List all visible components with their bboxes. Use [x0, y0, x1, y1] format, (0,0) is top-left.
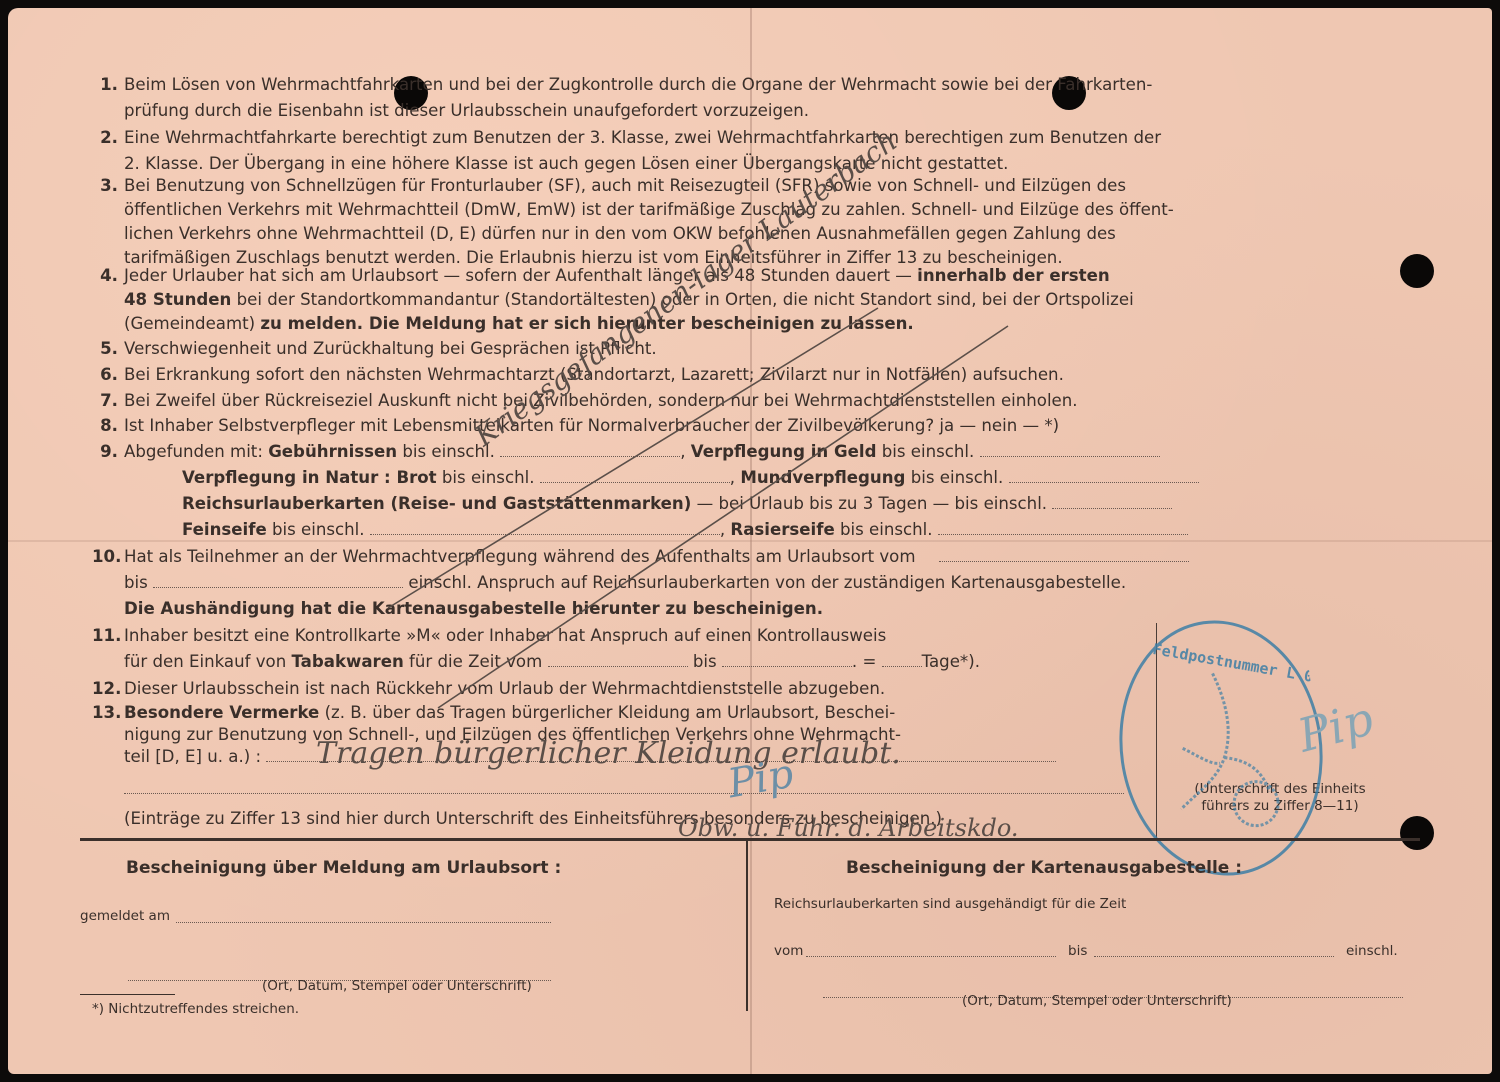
- document-sheet: 1. Beim Lösen von Wehrmachtfahrkarten un…: [8, 8, 1492, 1074]
- section-separator: [80, 838, 1420, 841]
- gemeldet-am-label: gemeldet am: [80, 908, 170, 924]
- caption-right: (Ort, Datum, Stempel oder Unterschrift): [962, 993, 1232, 1009]
- footnote: *) Nichtzutreffendes streichen.: [92, 1001, 299, 1017]
- vom-label: vom: [774, 943, 803, 959]
- footnote-rule: [80, 994, 175, 995]
- field-karten-vom[interactable]: [806, 942, 1056, 957]
- bottom-section-divider: [746, 841, 748, 1011]
- einschl-label: einschl.: [1346, 943, 1398, 959]
- bottom-right-title: Bescheinigung der Kartenausgabestelle :: [846, 858, 1242, 878]
- bis-label: bis: [1068, 943, 1087, 959]
- handwritten-item13-entry: Tragen bürgerlicher Kleidung erlaubt.: [316, 736, 901, 771]
- field-gemeldet-am[interactable]: [176, 908, 551, 923]
- caption-left: (Ort, Datum, Stempel oder Unterschrift): [262, 978, 532, 994]
- field-karten-bis[interactable]: [1094, 942, 1334, 957]
- bottom-left-title: Bescheinigung über Meldung am Urlaubsort…: [126, 858, 561, 878]
- bottom-right-intro: Reichsurlauberkarten sind ausgehändigt f…: [774, 896, 1126, 912]
